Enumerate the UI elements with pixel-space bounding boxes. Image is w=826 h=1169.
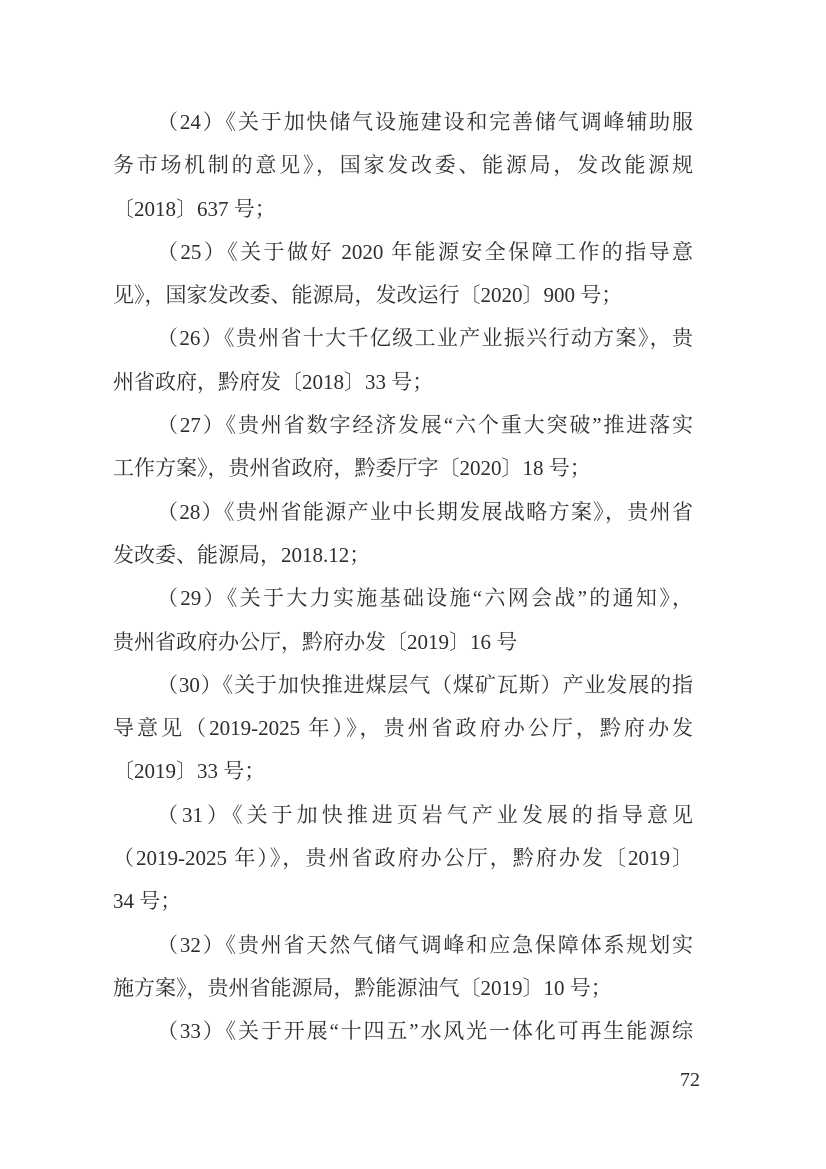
reference-line: （25）《关于做好 2020 年能源安全保障工作的指导意 [113, 231, 693, 274]
reference-line: 工作方案》，贵州省政府，黔委厅字〔2020〕18 号； [113, 447, 693, 490]
reference-line: 见》，国家发改委、能源局，发改运行〔2020〕900 号； [113, 274, 693, 317]
reference-line: 导意见（2019-2025 年）》，贵州省政府办公厅，黔府办发 [113, 707, 693, 750]
reference-line: 〔2018〕637 号； [113, 188, 693, 231]
reference-line: 州省政府，黔府发〔2018〕33 号； [113, 361, 693, 404]
reference-line: （24）《关于加快储气设施建设和完善储气调峰辅助服 [113, 101, 693, 144]
reference-item-31: （31）《关于加快推进页岩气产业发展的指导意见（2019-2025 年）》，贵州… [113, 794, 693, 924]
reference-line: 〔2019〕33 号； [113, 750, 693, 793]
reference-line: 施方案》，贵州省能源局，黔能源油气〔2019〕10 号； [113, 967, 693, 1010]
reference-line: （26）《贵州省十大千亿级工业产业振兴行动方案》，贵 [113, 317, 693, 360]
reference-list: （24）《关于加快储气设施建设和完善储气调峰辅助服务市场机制的意见》，国家发改委… [113, 101, 693, 1054]
reference-line: 发改委、能源局，2018.12； [113, 534, 693, 577]
reference-line: （31）《关于加快推进页岩气产业发展的指导意见 [113, 794, 693, 837]
reference-item-33: （33）《关于开展“十四五”水风光一体化可再生能源综 [113, 1010, 693, 1053]
reference-item-28: （28）《贵州省能源产业中长期发展战略方案》，贵州省发改委、能源局，2018.1… [113, 491, 693, 578]
reference-item-26: （26）《贵州省十大千亿级工业产业振兴行动方案》，贵州省政府，黔府发〔2018〕… [113, 317, 693, 404]
reference-item-29: （29）《关于大力实施基础设施“六网会战”的通知》，贵州省政府办公厅，黔府办发〔… [113, 577, 693, 664]
reference-item-30: （30）《关于加快推进煤层气（煤矿瓦斯）产业发展的指导意见（2019-2025 … [113, 664, 693, 794]
reference-line: （28）《贵州省能源产业中长期发展战略方案》，贵州省 [113, 491, 693, 534]
reference-line: 贵州省政府办公厅，黔府办发〔2019〕16 号 [113, 621, 693, 664]
document-page: （24）《关于加快储气设施建设和完善储气调峰辅助服务市场机制的意见》，国家发改委… [0, 0, 826, 1169]
reference-item-27: （27）《贵州省数字经济发展“六个重大突破”推进落实工作方案》，贵州省政府，黔委… [113, 404, 693, 491]
reference-line: 34 号； [113, 880, 693, 923]
page-number: 72 [680, 1068, 700, 1092]
reference-item-32: （32）《贵州省天然气储气调峰和应急保障体系规划实施方案》，贵州省能源局，黔能源… [113, 924, 693, 1011]
reference-line: （32）《贵州省天然气储气调峰和应急保障体系规划实 [113, 924, 693, 967]
reference-line: （33）《关于开展“十四五”水风光一体化可再生能源综 [113, 1010, 693, 1053]
reference-item-24: （24）《关于加快储气设施建设和完善储气调峰辅助服务市场机制的意见》，国家发改委… [113, 101, 693, 231]
reference-line: （29）《关于大力实施基础设施“六网会战”的通知》， [113, 577, 693, 620]
reference-line: （27）《贵州省数字经济发展“六个重大突破”推进落实 [113, 404, 693, 447]
reference-line: 务市场机制的意见》，国家发改委、能源局，发改能源规 [113, 144, 693, 187]
reference-line: （30）《关于加快推进煤层气（煤矿瓦斯）产业发展的指 [113, 664, 693, 707]
reference-item-25: （25）《关于做好 2020 年能源安全保障工作的指导意见》，国家发改委、能源局… [113, 231, 693, 318]
reference-line: （2019-2025 年）》，贵州省政府办公厅，黔府办发〔2019〕 [113, 837, 693, 880]
